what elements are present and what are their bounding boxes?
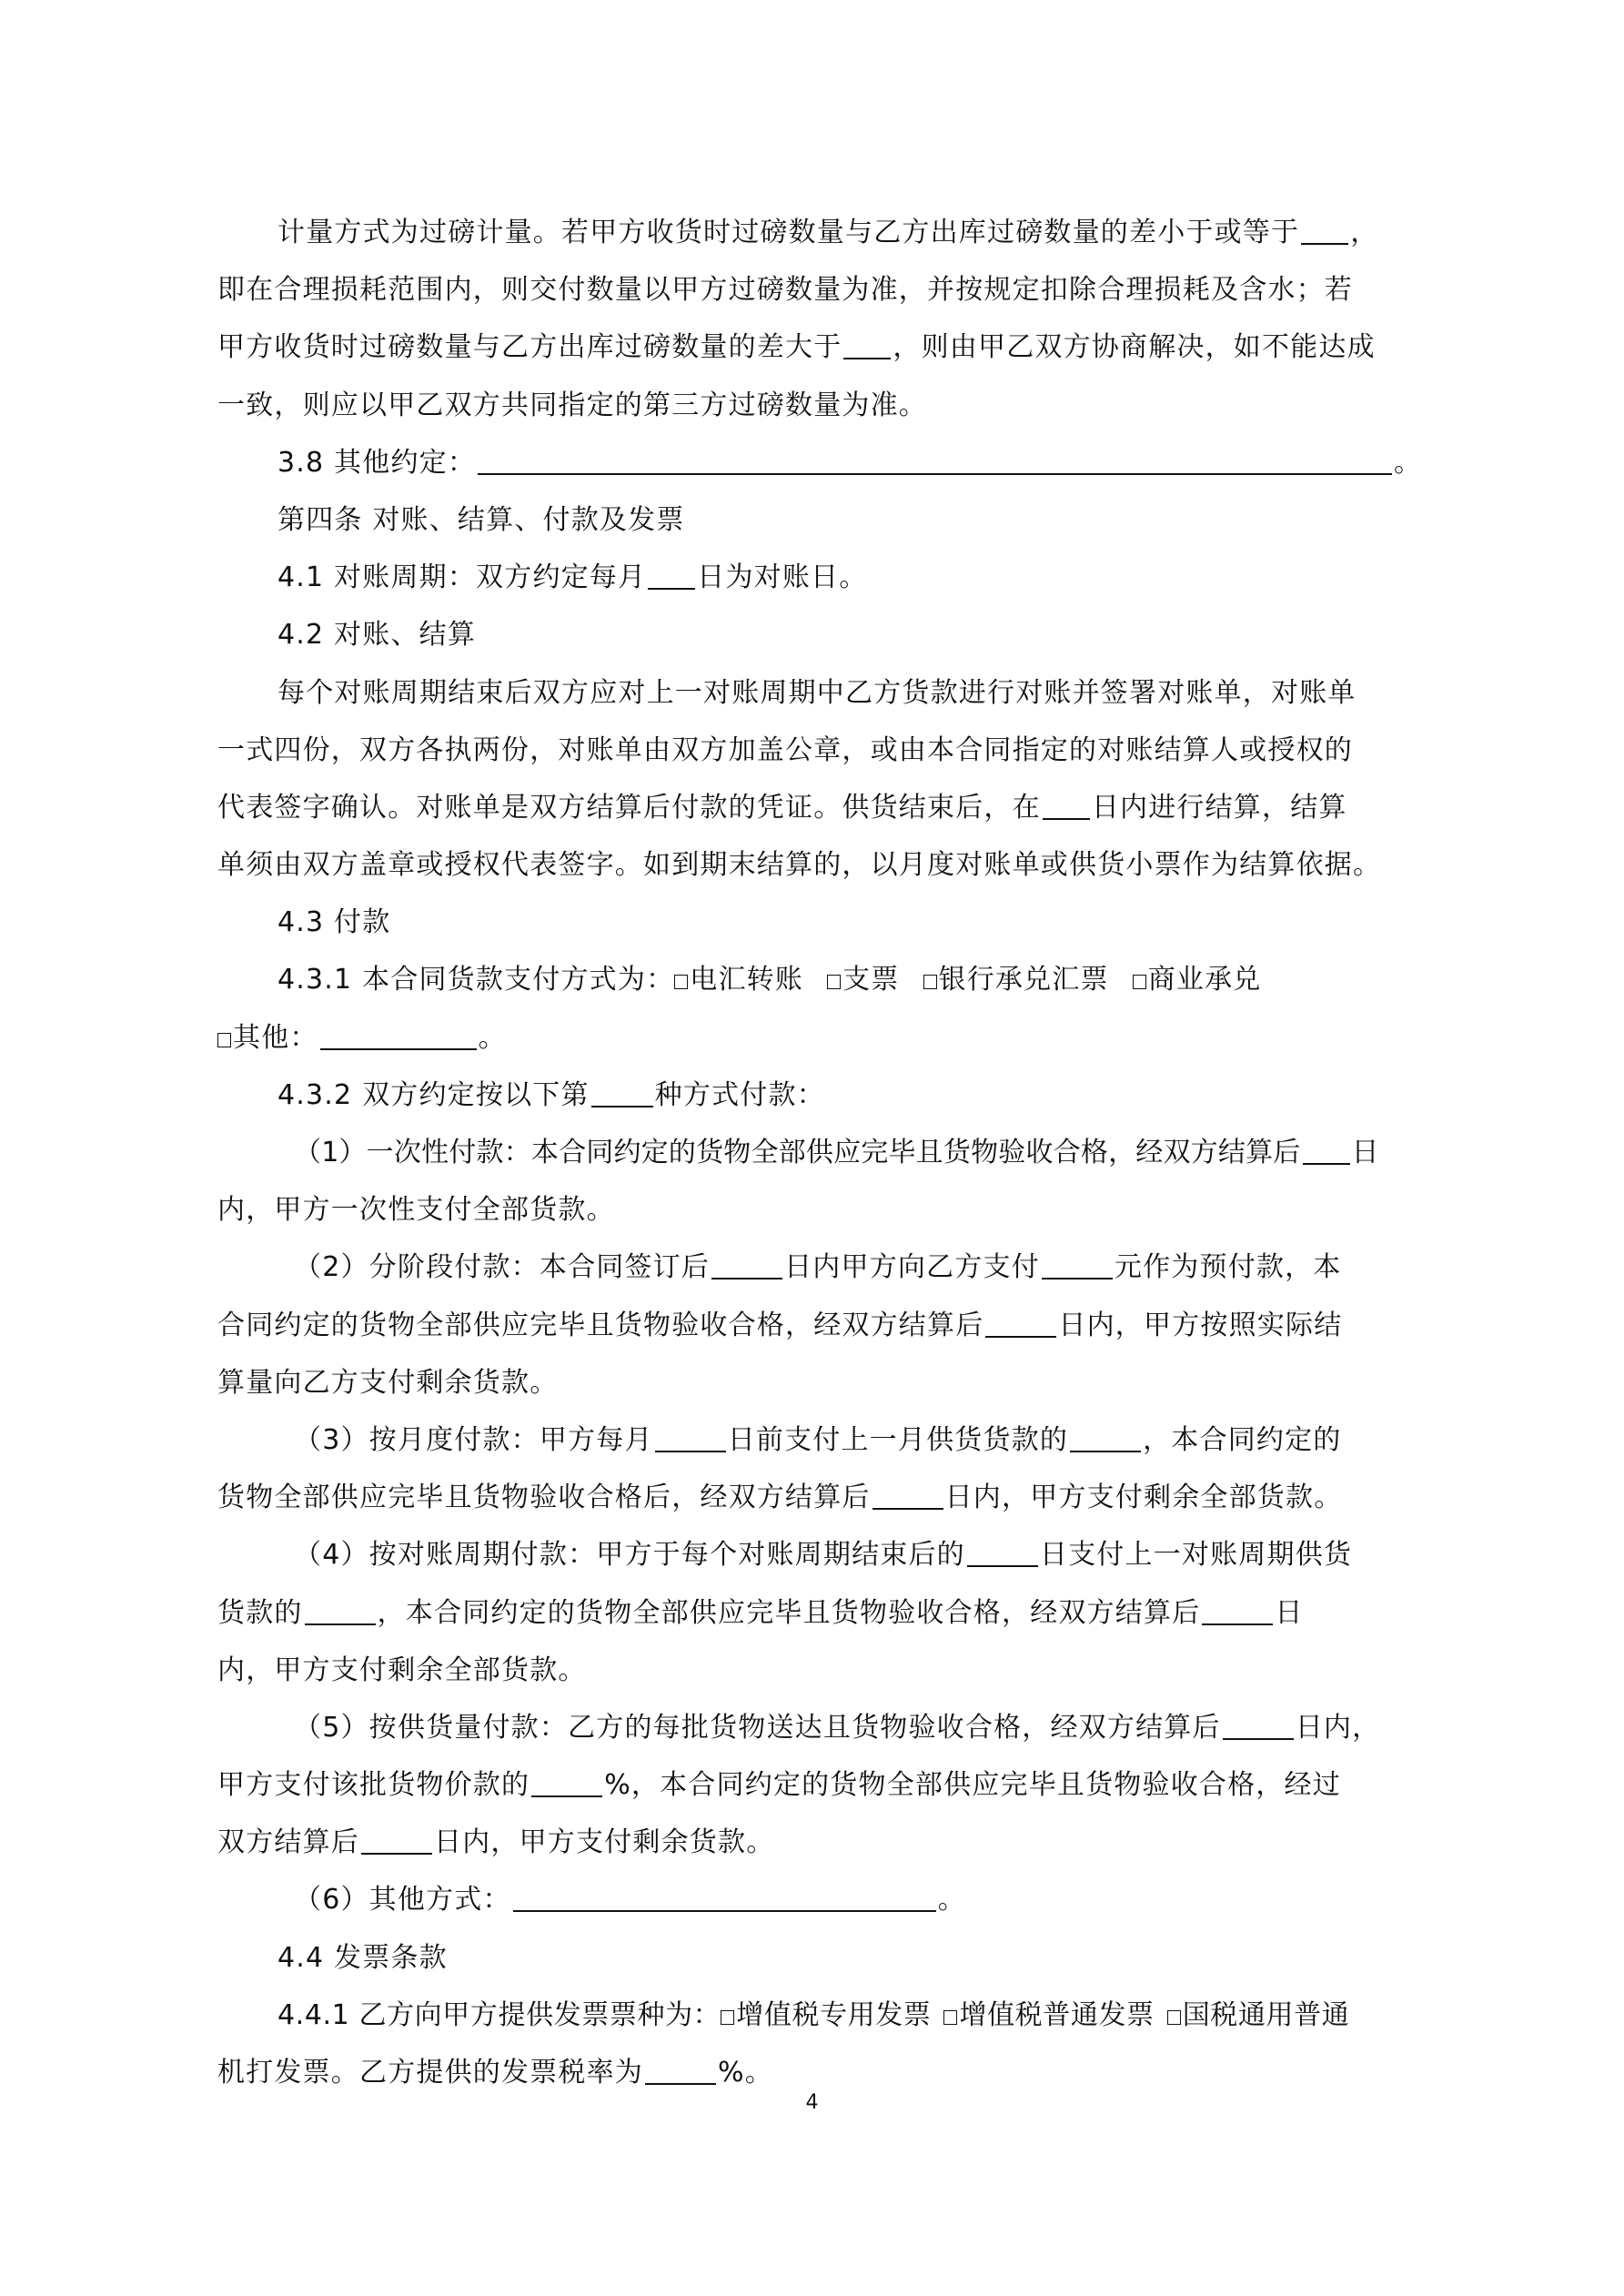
paragraph-line: 每个对账周期结束后双方应对上一对账周期中乙方货款进行对账并签署对账单，对账单 xyxy=(217,664,1424,722)
paragraph-line: 一致，则应以甲乙双方共同指定的第三方过磅数量为准。 xyxy=(217,377,1424,434)
text: 日支付上一对账周期供货 xyxy=(1040,1539,1352,1571)
text: ，本合同约定的货物全部供应完毕且货物验收合格，经双方结算后 xyxy=(378,1597,1201,1629)
paragraph-line: 内，甲方支付剩余全部货款。 xyxy=(217,1642,1424,1699)
fill-blank[interactable] xyxy=(1070,1450,1141,1452)
text: %。 xyxy=(718,2057,773,2089)
text: 机打发票。乙方提供的发票税率为 xyxy=(217,2057,643,2089)
paragraph-line: 计量方式为过磅计量。若甲方收货时过磅数量与乙方出库过磅数量的差小于或等于， xyxy=(217,204,1424,261)
method-6: （6）其他方式：。 xyxy=(217,1871,1424,1928)
item-4-2-title: 4.2 对账、结算 xyxy=(217,606,1424,663)
fill-blank[interactable] xyxy=(1043,817,1090,820)
text: （3）按月度付款：甲方每月 xyxy=(294,1424,653,1456)
method-3: （3）按月度付款：甲方每月日前支付上一月供货货款的，本合同约定的 xyxy=(217,1411,1424,1469)
fill-blank[interactable] xyxy=(478,472,1392,475)
paragraph-line: 双方结算后日内，甲方支付剩余货款。 xyxy=(217,1814,1424,1871)
text: 甲方收货时过磅数量与乙方出库过磅数量的差大于 xyxy=(217,331,842,363)
text: 4.4.1 乙方向甲方提供发票票种为： xyxy=(277,1999,721,2031)
item-4-3-1-other: 其他：。 xyxy=(217,1009,1424,1067)
text: （1）一次性付款：本合同约定的货物全部供应完毕且货物验收合格，经双方结算后 xyxy=(294,1137,1301,1168)
text: 3.8 其他约定： xyxy=(277,447,476,479)
text: 4.3.1 本合同货款支付方式为： xyxy=(277,964,674,996)
text: ， xyxy=(1350,217,1378,248)
checkbox[interactable] xyxy=(721,2010,734,2025)
fill-blank[interactable] xyxy=(513,1909,936,1912)
text: 计量方式为过磅计量。若甲方收货时过磅数量与乙方出库过磅数量的差小于或等于 xyxy=(277,217,1299,248)
text: 。 xyxy=(938,1884,966,1916)
fill-blank[interactable] xyxy=(645,2082,716,2085)
paragraph-line: 一式四份，双方各执两份，对账单由双方加盖公章，或由本合同指定的对账结算人或授权的 xyxy=(217,722,1424,779)
checkbox[interactable] xyxy=(827,975,841,989)
checkbox[interactable] xyxy=(217,1033,231,1047)
paragraph-line: 甲方支付该批货物价款的%，本合同约定的货物全部供应完毕且货物验收合格，经过 xyxy=(217,1756,1424,1814)
text: （5）按供货量付款：乙方的每批货物送达且货物验收合格，经双方结算后 xyxy=(294,1712,1221,1744)
fill-blank[interactable] xyxy=(648,587,695,590)
text: 日内，甲方支付剩余全部货款。 xyxy=(945,1482,1343,1513)
paragraph-line: 单须由双方盖章或授权代表签字。如到期末结算的，以月度对账单或供货小票作为结算依据… xyxy=(217,836,1424,894)
option-label: 支票 xyxy=(842,964,899,996)
fill-blank[interactable] xyxy=(1223,1737,1294,1740)
text: 4.1 对账周期：双方约定每月 xyxy=(277,561,646,593)
checkbox[interactable] xyxy=(923,975,937,989)
fill-blank[interactable] xyxy=(361,1852,432,1855)
paragraph-line: 货物全部供应完毕且货物验收合格后，经双方结算后日内，甲方支付剩余全部货款。 xyxy=(217,1469,1424,1526)
text: %，本合同约定的货物全部供应完毕且货物验收合格，经过 xyxy=(604,1769,1341,1801)
document-page: 计量方式为过磅计量。若甲方收货时过磅数量与乙方出库过磅数量的差小于或等于， 即在… xyxy=(217,204,1424,2101)
paragraph-line: 合同约定的货物全部供应完毕且货物验收合格，经双方结算后日内，甲方按照实际结 xyxy=(217,1297,1424,1354)
method-4: （4）按对账周期付款：甲方于每个对账周期结束后的日支付上一对账周期供货 xyxy=(217,1526,1424,1583)
text: ，本合同约定的 xyxy=(1143,1424,1341,1456)
text: （6）其他方式： xyxy=(294,1884,511,1916)
paragraph-line: 即在合理损耗范围内，则交付数量以甲方过磅数量为准，并按规定扣除合理损耗及含水；若 xyxy=(217,261,1424,319)
fill-blank[interactable] xyxy=(1303,1162,1350,1165)
text: 货款的 xyxy=(217,1597,303,1629)
fill-blank[interactable] xyxy=(843,357,891,359)
text: 货物全部供应完毕且货物验收合格后，经双方结算后 xyxy=(217,1482,871,1513)
option-label: 其他： xyxy=(233,1022,318,1054)
text: 日内， xyxy=(1296,1712,1381,1744)
fill-blank[interactable] xyxy=(655,1450,726,1452)
text: 4.3.2 双方约定按以下第 xyxy=(277,1079,590,1111)
checkbox[interactable] xyxy=(1167,2010,1181,2025)
text: 甲方支付该批货物价款的 xyxy=(217,1769,530,1801)
checkbox[interactable] xyxy=(943,2010,957,2025)
fill-blank[interactable] xyxy=(1042,1277,1113,1279)
text: 日 xyxy=(1352,1137,1379,1168)
text: 日内甲方向乙方支付 xyxy=(784,1251,1040,1283)
item-4-3-1: 4.3.1 本合同货款支付方式为：电汇转账支票银行承兑汇票商业承兑 xyxy=(217,951,1424,1008)
option-label: 电汇转账 xyxy=(690,964,803,996)
text: 日为对账日。 xyxy=(697,561,867,593)
item-4-1: 4.1 对账周期：双方约定每月日为对账日。 xyxy=(217,549,1424,606)
option-label: 增值税专用发票 xyxy=(736,1999,931,2031)
fill-blank[interactable] xyxy=(873,1507,943,1510)
text: 日内，甲方按照实际结 xyxy=(1058,1310,1342,1341)
fill-blank[interactable] xyxy=(1301,242,1348,245)
text: 一致，则应以甲乙双方共同指定的第三方过磅数量为准。 xyxy=(217,389,927,421)
fill-blank[interactable] xyxy=(591,1105,653,1108)
text: 日前支付上一月供货货款的 xyxy=(728,1424,1068,1456)
paragraph-line: 甲方收货时过磅数量与乙方出库过磅数量的差大于，则由甲乙双方协商解决，如不能达成 xyxy=(217,319,1424,376)
option-label: 增值税普通发票 xyxy=(959,1999,1154,2031)
text: 即在合理损耗范围内，则交付数量以甲方过磅数量为准，并按规定扣除合理损耗及含水；若 xyxy=(217,274,1353,306)
item-4-3-title: 4.3 付款 xyxy=(217,894,1424,951)
item-4-4-title: 4.4 发票条款 xyxy=(217,1929,1424,1987)
text: 元作为预付款，本 xyxy=(1115,1251,1342,1283)
text: 。 xyxy=(479,1022,507,1054)
text: 日内，甲方支付剩余货款。 xyxy=(434,1826,774,1858)
text: 日内进行结算，结算 xyxy=(1092,792,1347,824)
fill-blank[interactable] xyxy=(531,1795,602,1797)
text: 。 xyxy=(1394,447,1422,479)
fill-blank[interactable] xyxy=(967,1564,1038,1567)
text: 日 xyxy=(1275,1597,1303,1629)
checkbox[interactable] xyxy=(1133,975,1146,989)
fill-blank[interactable] xyxy=(320,1047,477,1050)
text: 双方结算后 xyxy=(217,1826,359,1858)
paragraph-line: 算量向乙方支付剩余货款。 xyxy=(217,1354,1424,1411)
paragraph-line: 内，甲方一次性支付全部货款。 xyxy=(217,1181,1424,1239)
fill-blank[interactable] xyxy=(1202,1623,1273,1625)
checkbox[interactable] xyxy=(674,975,688,989)
article-4-title: 第四条 对账、结算、付款及发票 xyxy=(217,491,1424,549)
option-label: 商业承兑 xyxy=(1148,964,1262,996)
text: 代表签字确认。对账单是双方结算后付款的凭证。供货结束后，在 xyxy=(217,792,1041,824)
option-label: 国税通用普通 xyxy=(1183,1999,1350,2031)
paragraph-line: 代表签字确认。对账单是双方结算后付款的凭证。供货结束后，在日内进行结算，结算 xyxy=(217,779,1424,836)
item-4-3-2: 4.3.2 双方约定按以下第种方式付款： xyxy=(217,1067,1424,1124)
method-5: （5）按供货量付款：乙方的每批货物送达且货物验收合格，经双方结算后日内， xyxy=(217,1699,1424,1756)
text: ，则由甲乙双方协商解决，如不能达成 xyxy=(893,331,1375,363)
paragraph-line: 货款的，本合同约定的货物全部供应完毕且货物验收合格，经双方结算后日 xyxy=(217,1584,1424,1642)
fill-blank[interactable] xyxy=(985,1335,1056,1338)
method-2: （2）分阶段付款：本合同签订后日内甲方向乙方支付元作为预付款，本 xyxy=(217,1239,1424,1296)
text: 合同约定的货物全部供应完毕且货物验收合格，经双方结算后 xyxy=(217,1310,983,1341)
text: （2）分阶段付款：本合同签订后 xyxy=(294,1251,710,1283)
text: （4）按对账周期付款：甲方于每个对账周期结束后的 xyxy=(294,1539,965,1571)
option-label: 银行承兑汇票 xyxy=(939,964,1109,996)
fill-blank[interactable] xyxy=(305,1623,376,1625)
text: 种方式付款： xyxy=(655,1079,825,1111)
page-number: 4 xyxy=(0,2091,1624,2114)
item-4-4-1: 4.4.1 乙方向甲方提供发票票种为：增值税专用发票增值税普通发票国税通用普通 xyxy=(217,1987,1424,2044)
method-1: （1）一次性付款：本合同约定的货物全部供应完毕且货物验收合格，经双方结算后日 xyxy=(217,1124,1424,1181)
fill-blank[interactable] xyxy=(711,1277,782,1279)
item-3-8: 3.8 其他约定：。 xyxy=(217,434,1424,491)
